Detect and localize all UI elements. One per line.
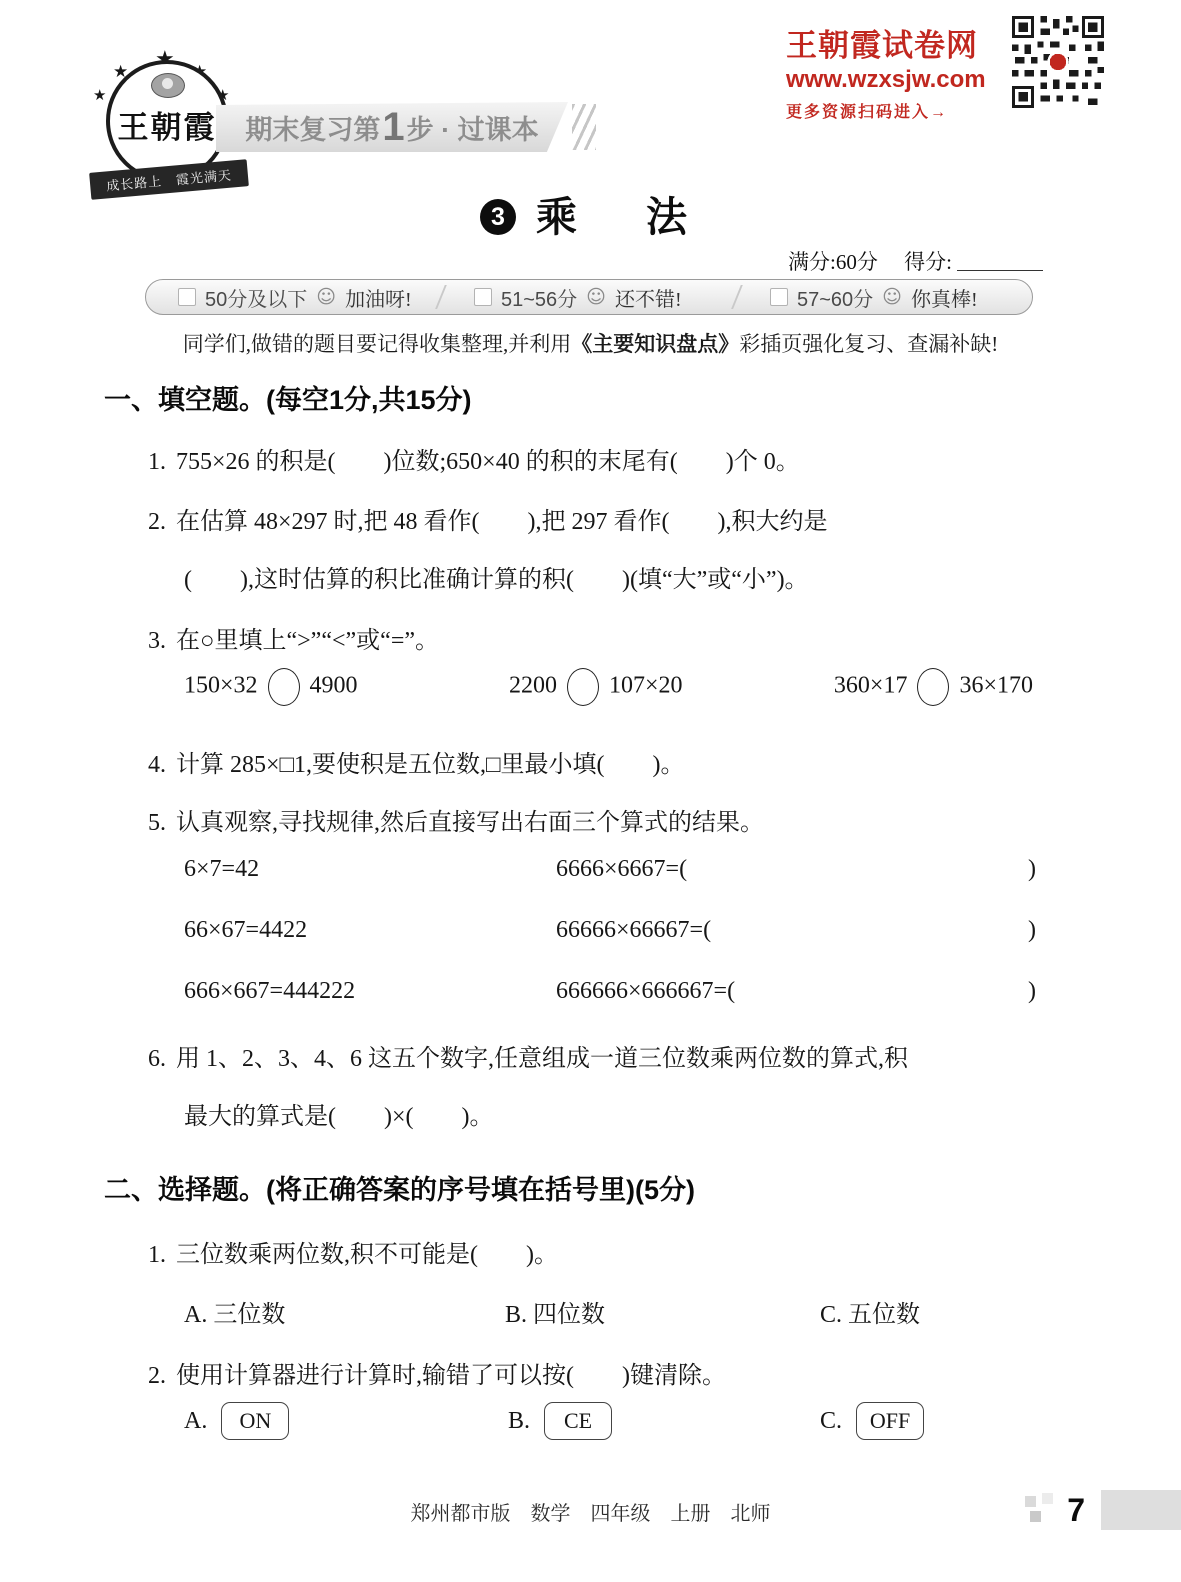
banner-step-number: 1 (382, 107, 404, 147)
score-line: 满分:60分 得分: (788, 246, 1043, 276)
question-text: 最大的算式是( )×( )。 (184, 1104, 494, 1130)
comparison-right: 36×170 (959, 673, 1033, 699)
notice-book-title: 《主要知识盘点》 (571, 332, 739, 356)
footer-meta: 郑州都市版 数学 四年级 上册 北师 (0, 1497, 1181, 1526)
question-line: 最大的算式是( )×( )。 (184, 1096, 494, 1131)
comparison-left: 2200 (509, 673, 557, 699)
lesson-title-row: 3 乘 法 (0, 184, 1181, 243)
question-number: 2. (148, 509, 166, 535)
calculator-key-on: ON (221, 1402, 289, 1440)
question-text: 在估算 48×297 时,把 48 看作( ),把 297 看作( ),积大约是 (176, 509, 828, 535)
score-band-segment: 51~56分 ☺ 还不错! (442, 280, 736, 314)
comparison-circle (268, 668, 300, 706)
pattern-close-paren: ) (1028, 917, 1036, 944)
question-number: 1. (148, 1242, 166, 1268)
question-line: 4.计算 285×□1,要使积是五位数,□里最小填( )。 (148, 744, 685, 779)
comparison-item: 2200107×20 (509, 668, 683, 706)
score-band-segment: 57~60分 ☺ 你真棒! (738, 280, 1032, 314)
pattern-right: 66666×66667=( (556, 917, 711, 944)
score-comment: 加油呀! (345, 283, 412, 312)
question-line: 2.在估算 48×297 时,把 48 看作( ),把 297 看作( ),积大… (148, 501, 828, 536)
smiley-icon: ☺ (316, 286, 336, 308)
score-checkbox[interactable] (770, 288, 788, 306)
calculator-key-off: OFF (856, 1402, 924, 1440)
footer-squares-decoration (1025, 1493, 1059, 1527)
option-c: C.OFF (820, 1402, 924, 1440)
worksheet-page: ★ ★ ★ ★ ★ 王朝霞 成长路上 霞光满天 期末复习第 1 步 · 过课本 … (0, 0, 1181, 1582)
option-a: A.ON (184, 1402, 289, 1440)
banner-text: 期末复习第 (245, 108, 380, 147)
question-number: 5. (148, 810, 166, 836)
score-comment: 还不错! (615, 283, 682, 312)
smiley-icon: ☺ (586, 286, 606, 308)
score-checkbox[interactable] (474, 288, 492, 306)
option-b: B.CE (508, 1402, 612, 1440)
full-score-label: 满分:60分 (788, 250, 878, 274)
question-number: 2. (148, 1363, 166, 1389)
question-line: 1.755×26 的积是( )位数;650×40 的积的末尾有( )个 0。 (148, 441, 800, 476)
pattern-row: 666×667=444222 666666×666667=() (184, 978, 1036, 1005)
pattern-row: 6×7=42 6666×6667=() (184, 856, 1036, 883)
lesson-number-badge: 3 (480, 199, 516, 235)
score-label: 得分: (883, 250, 952, 274)
star-icon: ★ (93, 86, 106, 104)
qr-code (1012, 16, 1104, 108)
score-range-label: 57~60分 (797, 283, 873, 312)
question-text: 三位数乘两位数,积不可能是( )。 (176, 1242, 558, 1268)
question-line: 5.认真观察,寻找规律,然后直接写出右面三个算式的结果。 (148, 802, 764, 837)
comparison-item: 360×1736×170 (834, 668, 1033, 706)
question-line: ( ),这时估算的积比准确计算的积( )(填“大”或“小”)。 (184, 559, 809, 594)
calculator-key-ce: CE (544, 1402, 612, 1440)
pattern-right: 666666×666667=( (556, 978, 735, 1005)
comparison-left: 360×17 (834, 673, 908, 699)
question-line: 1.三位数乘两位数,积不可能是( )。 (148, 1234, 558, 1269)
question-number: 4. (148, 752, 166, 778)
notice-text: 同学们,做错的题目要记得收集整理,并利用 (183, 332, 572, 356)
option-a: A. 三位数 (184, 1294, 285, 1329)
site-block: 王朝霞试卷网 www.wzxsjw.com 更多资源扫码进入→ (786, 20, 1011, 122)
pattern-left: 66×67=4422 (184, 917, 556, 944)
question-number: 3. (148, 628, 166, 654)
question-line: 6.用 1、2、3、4、6 这五个数字,任意组成一道三位数乘两位数的算式,积 (148, 1038, 908, 1073)
footer-bar-decoration (1101, 1490, 1181, 1530)
brand-logo: ★ ★ ★ ★ ★ 王朝霞 成长路上 霞光满天 (106, 60, 228, 182)
comparison-row: 150×324900 2200107×20 360×1736×170 (184, 668, 1033, 706)
portrait-icon (151, 73, 185, 98)
pattern-left: 6×7=42 (184, 856, 556, 883)
pattern-close-paren: ) (1028, 978, 1036, 1005)
question-text: ( ),这时估算的积比准确计算的积( )(填“大”或“小”)。 (184, 567, 809, 593)
question-text: 用 1、2、3、4、6 这五个数字,任意组成一道三位数乘两位数的算式,积 (176, 1046, 908, 1072)
logo-title: 王朝霞 (106, 102, 228, 147)
page-number: 7 (1067, 1492, 1085, 1529)
question-line: 2.使用计算器进行计算时,输错了可以按( )键清除。 (148, 1355, 726, 1390)
score-range-label: 51~56分 (501, 283, 577, 312)
question-text: 认真观察,寻找规律,然后直接写出右面三个算式的结果。 (176, 810, 764, 836)
comparison-circle (917, 668, 949, 706)
page-number-tab: 7 (1025, 1489, 1181, 1531)
score-blank (957, 252, 1043, 271)
option-label: A. (184, 1408, 207, 1434)
section1-heading: 一、填空题。(每空1分,共15分) (104, 378, 472, 417)
pattern-right: 6666×6667=( (556, 856, 687, 883)
question-number: 1. (148, 449, 166, 475)
banner-strip: 期末复习第 1 步 · 过课本 (216, 102, 568, 152)
score-band-segment: 50分及以下 ☺ 加油呀! (146, 280, 440, 314)
score-checkbox[interactable] (178, 288, 196, 306)
score-range-label: 50分及以下 (205, 283, 307, 312)
banner-slash-decoration (572, 104, 596, 150)
score-comment: 你真棒! (911, 283, 978, 312)
score-band: 50分及以下 ☺ 加油呀! 51~56分 ☺ 还不错! 57~60分 ☺ 你真棒… (145, 279, 1033, 315)
comparison-item: 150×324900 (184, 668, 358, 706)
comparison-circle (567, 668, 599, 706)
notice-text: 彩插页强化复习、查漏补缺! (739, 332, 998, 356)
lesson-title: 乘 法 (536, 194, 701, 240)
pattern-left: 666×667=444222 (184, 978, 556, 1005)
comparison-left: 150×32 (184, 673, 258, 699)
question-number: 6. (148, 1046, 166, 1072)
site-tagline: 更多资源扫码进入→ (786, 99, 1011, 122)
question-text: 使用计算器进行计算时,输错了可以按( )键清除。 (176, 1363, 726, 1389)
smiley-icon: ☺ (882, 286, 902, 308)
option-label: C. (820, 1408, 842, 1434)
banner-text: 步 · 过课本 (407, 108, 539, 147)
question-text: 755×26 的积是( )位数;650×40 的积的末尾有( )个 0。 (176, 449, 800, 475)
question-line: 3.在○里填上“>”“<”或“=”。 (148, 620, 439, 655)
notice-line: 同学们,做错的题目要记得收集整理,并利用《主要知识盘点》彩插页强化复习、查漏补缺… (0, 328, 1181, 358)
site-url: www.wzxsjw.com (786, 66, 1011, 94)
site-name: 王朝霞试卷网 (786, 20, 1011, 65)
comparison-right: 4900 (310, 673, 358, 699)
qr-center-seal (1050, 54, 1066, 70)
option-c: C. 五位数 (820, 1294, 920, 1329)
question-text: 计算 285×□1,要使积是五位数,□里最小填( )。 (176, 752, 685, 778)
question-text: 在○里填上“>”“<”或“=”。 (176, 628, 439, 654)
option-label: B. (508, 1408, 530, 1434)
option-b: B. 四位数 (505, 1294, 605, 1329)
section2-heading: 二、选择题。(将正确答案的序号填在括号里)(5分) (104, 1168, 695, 1207)
pattern-row: 66×67=4422 66666×66667=() (184, 917, 1036, 944)
comparison-right: 107×20 (609, 673, 683, 699)
pattern-close-paren: ) (1028, 856, 1036, 883)
